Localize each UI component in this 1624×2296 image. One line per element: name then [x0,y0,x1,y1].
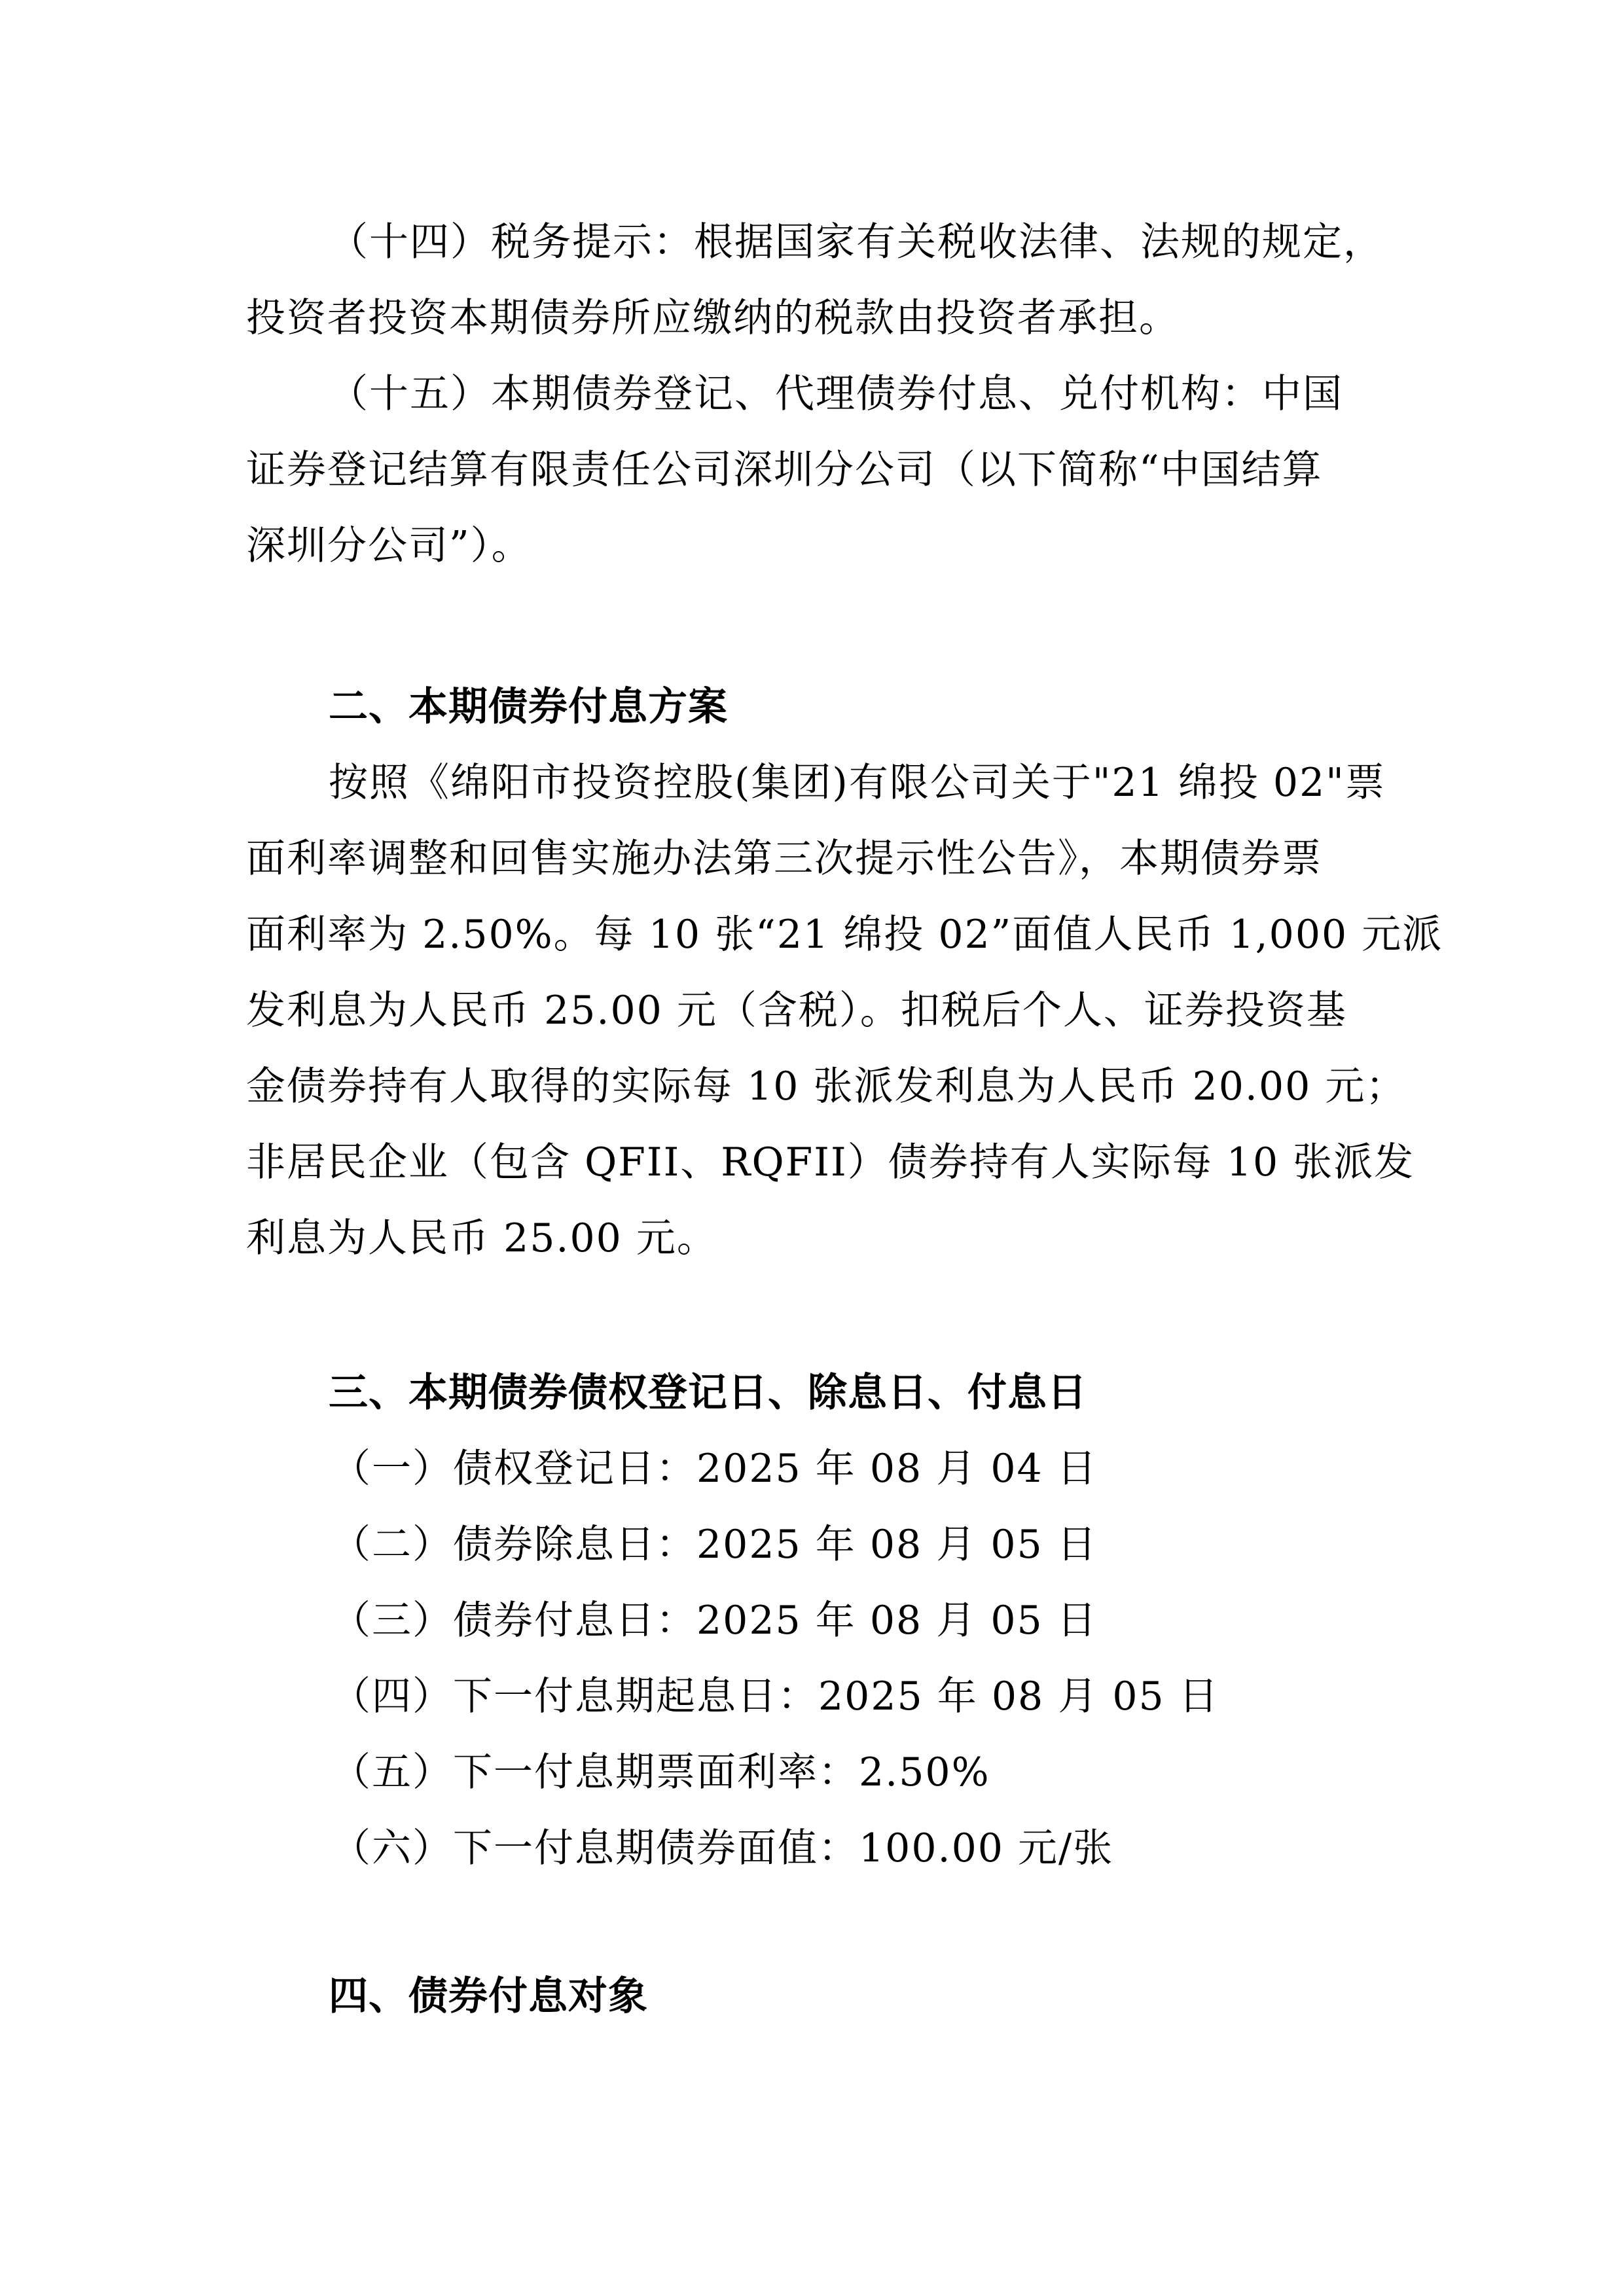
section-2-line-1: 按照《绵阳市投资控股(集团)有限公司关于"21 绵投 02"票 [329,757,1386,809]
list-item-next-face-value: （六）下一付息期债券面值：100.00 元/张 [331,1822,1113,1874]
list-item-record-date: （一）债权登记日：2025 年 08 月 04 日 [331,1443,1098,1495]
list-item-ex-interest-date: （二）债券除息日：2025 年 08 月 05 日 [331,1518,1098,1571]
section-2-line-4: 发利息为人民币 25.00 元（含税）。扣税后个人、证券投资基 [246,984,1347,1037]
section-2-line-6: 非居民企业（包含 QFII、RQFII）债券持有人实际每 10 张派发 [246,1136,1415,1189]
paragraph-agency-line-2: 证券登记结算有限责任公司深圳分公司（以下简称“中国结算 [246,444,1323,496]
paragraph-tax-notice-line-2: 投资者投资本期债券所应缴纳的税款由投资者承担。 [246,292,1180,344]
paragraph-agency-line-1: （十五）本期债券登记、代理债券付息、兑付机构：中国 [329,368,1343,420]
list-item-next-coupon-rate: （五）下一付息期票面利率：2.50% [331,1746,990,1799]
section-3-heading: 三、本期债券债权登记日、除息日、付息日 [329,1367,1087,1419]
paragraph-agency-line-3: 深圳分公司”）。 [246,520,532,572]
section-2-heading: 二、本期债券付息方案 [329,681,728,733]
section-2-line-2: 面利率调整和回售实施办法第三次提示性公告》，本期债券票 [246,833,1322,885]
list-item-payment-date: （三）债券付息日：2025 年 08 月 05 日 [331,1594,1098,1647]
section-4-heading: 四、债券付息对象 [329,1970,648,2022]
section-2-line-3: 面利率为 2.50%。每 10 张“21 绵投 02”面值人民币 1,000 元… [246,908,1443,961]
section-2-line-7: 利息为人民币 25.00 元。 [246,1212,717,1265]
list-item-next-accrual-date: （四）下一付息期起息日：2025 年 08 月 05 日 [331,1670,1219,1723]
paragraph-tax-notice-line-1: （十四）税务提示：根据国家有关税收法律、法规的规定， [329,216,1384,268]
section-2-line-5: 金债券持有人取得的实际每 10 张派发利息为人民币 20.00 元； [246,1060,1406,1113]
